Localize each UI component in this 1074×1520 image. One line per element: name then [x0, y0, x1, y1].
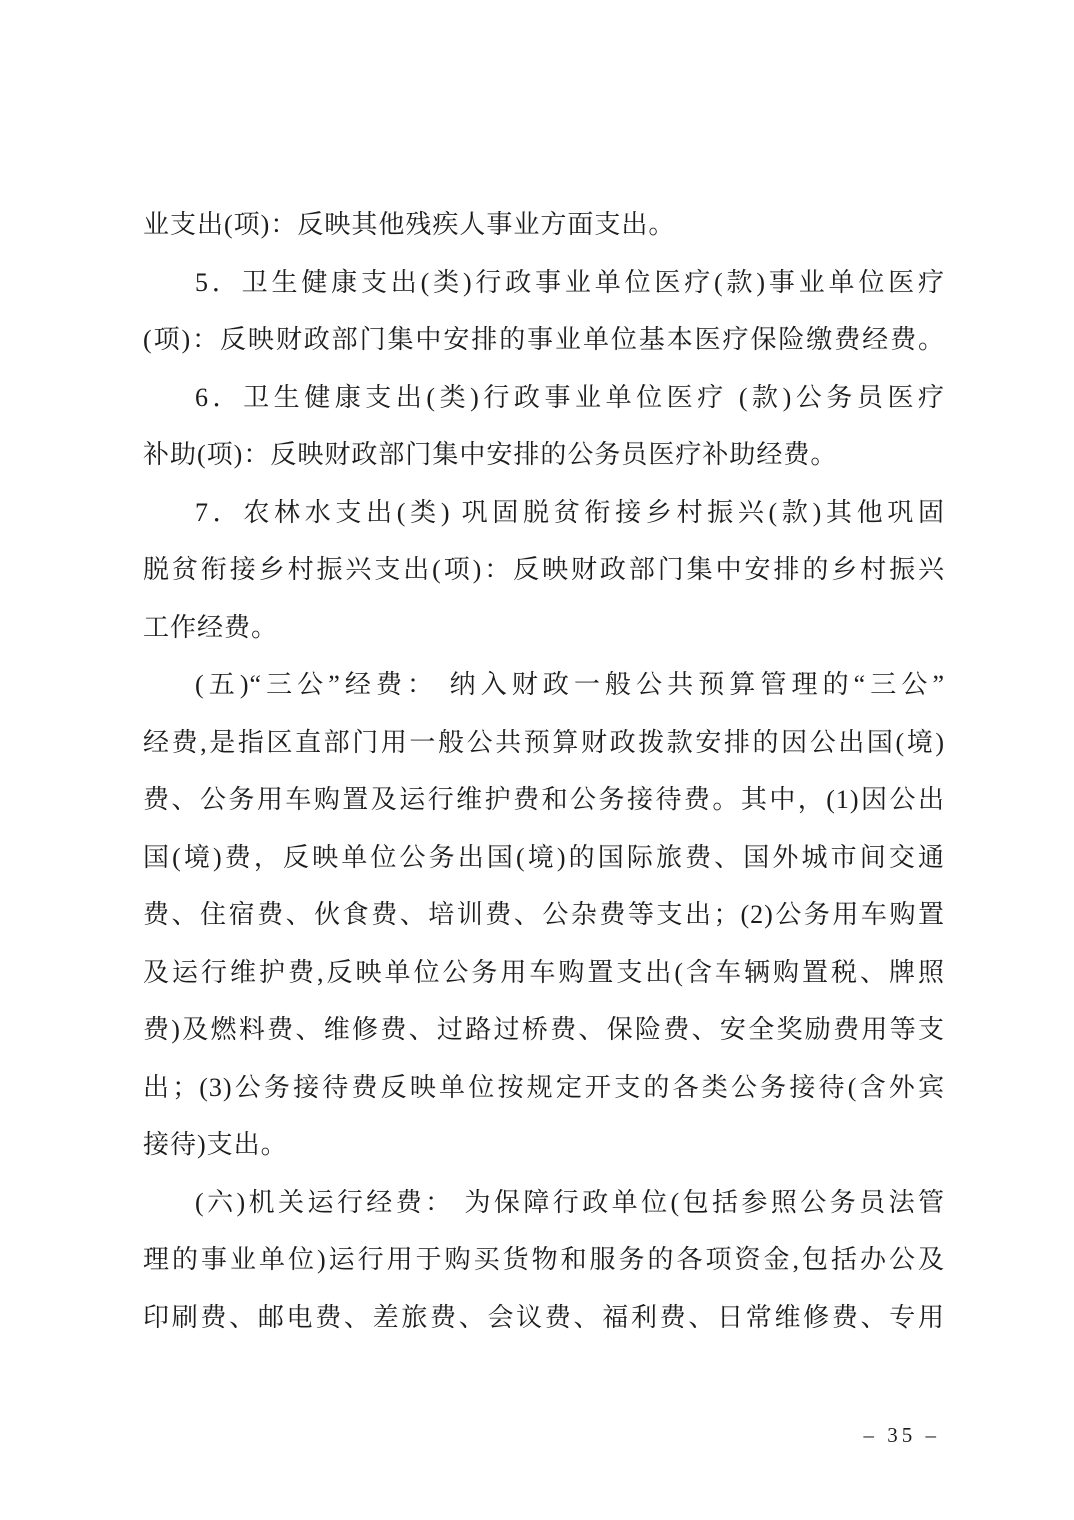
- text-line: 费、公务用车购置及运行维护费和公务接待费。其中，(1)因公出: [143, 771, 945, 829]
- text-block: 业支出(项)：反映其他残疾人事业方面支出。5．卫生健康支出(类)行政事业单位医疗…: [143, 196, 945, 1346]
- text-line: 理的事业单位)运行用于购买货物和服务的各项资金,包括办公及: [143, 1231, 945, 1289]
- text-line: 7．农林水支出(类) 巩固脱贫衔接乡村振兴(款)其他巩固: [143, 484, 945, 542]
- text-line: 费)及燃料费、维修费、过路过桥费、保险费、安全奖励费用等支: [143, 1001, 945, 1059]
- text-line: (六)机关运行经费： 为保障行政单位(包括参照公务员法管: [143, 1174, 945, 1232]
- text-line: 出；(3)公务接待费反映单位按规定开支的各类公务接待(含外宾: [143, 1059, 945, 1117]
- text-line: 补助(项)：反映财政部门集中安排的公务员医疗补助经费。: [143, 426, 945, 484]
- page-number: – 35 –: [864, 1423, 941, 1448]
- text-line: (五)“三公”经费： 纳入财政一般公共预算管理的“三公”: [143, 656, 945, 714]
- text-line: 印刷费、邮电费、差旅费、会议费、福利费、日常维修费、专用: [143, 1289, 945, 1347]
- text-line: 经费,是指区直部门用一般公共预算财政拨款安排的因公出国(境): [143, 714, 945, 772]
- text-line: 工作经费。: [143, 599, 945, 657]
- text-line: 国(境)费，反映单位公务出国(境)的国际旅费、国外城市间交通: [143, 829, 945, 887]
- text-line: 6．卫生健康支出(类)行政事业单位医疗 (款)公务员医疗: [143, 369, 945, 427]
- text-line: 及运行维护费,反映单位公务用车购置支出(含车辆购置税、牌照: [143, 944, 945, 1002]
- text-line: 脱贫衔接乡村振兴支出(项)：反映财政部门集中安排的乡村振兴: [143, 541, 945, 599]
- text-line: (项)：反映财政部门集中安排的事业单位基本医疗保险缴费经费。: [143, 311, 945, 369]
- text-line: 接待)支出。: [143, 1116, 945, 1174]
- text-line: 5．卫生健康支出(类)行政事业单位医疗(款)事业单位医疗: [143, 254, 945, 312]
- text-line: 业支出(项)：反映其他残疾人事业方面支出。: [143, 196, 945, 254]
- document-page: 业支出(项)：反映其他残疾人事业方面支出。5．卫生健康支出(类)行政事业单位医疗…: [0, 0, 1074, 1520]
- text-line: 费、住宿费、伙食费、培训费、公杂费等支出；(2)公务用车购置: [143, 886, 945, 944]
